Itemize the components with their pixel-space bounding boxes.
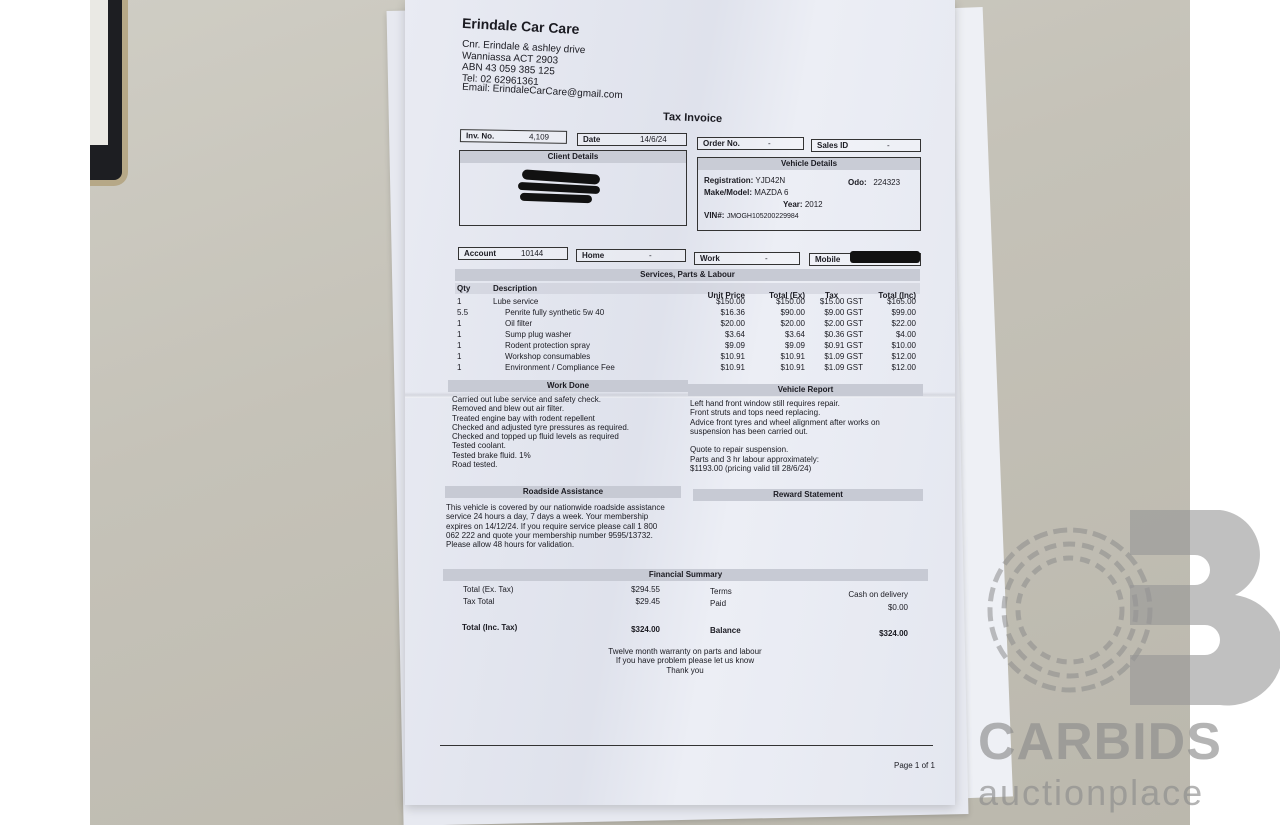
watermark-tagline: auctionplace <box>978 772 1204 814</box>
cell-total-ex: $10.91 <box>749 362 805 373</box>
footer-divider <box>440 745 933 746</box>
roadside-text: This vehicle is covered by our nationwid… <box>446 503 665 549</box>
registration-value: YJD42N <box>755 176 785 185</box>
work-done-list: Carried out lube service and safety chec… <box>452 395 629 469</box>
cell-total-ex: $10.91 <box>749 351 805 362</box>
balance-value: $324.00 <box>840 629 908 638</box>
vehicle-details-title: Vehicle Details <box>698 158 920 170</box>
total-ex-label: Total (Ex. Tax) <box>463 585 514 594</box>
cell-total-ex: $20.00 <box>749 318 805 329</box>
total-inc-value: $324.00 <box>600 625 660 634</box>
terms-label: Terms <box>710 587 732 596</box>
cell-description: Lube service <box>493 296 538 307</box>
work-done-line: Treated engine bay with rodent repellent <box>452 414 629 423</box>
work-done-line: Tested coolant. <box>452 441 629 450</box>
services-title: Services, Parts & Labour <box>455 269 920 281</box>
cell-qty: 1 <box>457 340 461 351</box>
vehicle-report-line: $1193.00 (pricing valid till 28/6/24) <box>690 464 880 473</box>
work-done-line: Checked and topped up fluid levels as re… <box>452 432 629 441</box>
vin-label: VIN#: <box>704 211 724 220</box>
order-number-field: Order No. - <box>697 137 804 150</box>
cell-total-ex: $150.00 <box>749 296 805 307</box>
service-row: 1Oil filter$20.00$20.00$2.00 GST$22.00 <box>455 318 920 329</box>
roadside-line: 062 222 and quote your membership number… <box>446 531 665 540</box>
reward-statement-title: Reward Statement <box>693 489 923 501</box>
roadside-line: expires on 14/12/24. If you require serv… <box>446 522 665 531</box>
service-row: 1Lube service$150.00$150.00$15.00 GST$16… <box>455 296 920 307</box>
footer-line: Thank you <box>590 666 780 675</box>
service-row: 1Workshop consumables$10.91$10.91$1.09 G… <box>455 351 920 362</box>
paid-value: $0.00 <box>840 603 908 612</box>
date-value: 14/6/24 <box>640 134 667 145</box>
cell-description: Environment / Compliance Fee <box>505 362 615 373</box>
account-value: 10144 <box>521 248 543 259</box>
cell-tax: $0.91 GST <box>813 340 863 351</box>
cell-total-inc: $165.00 <box>860 296 916 307</box>
vehicle-report-line <box>690 436 880 445</box>
vehicle-report-title: Vehicle Report <box>688 384 923 396</box>
cell-description: Penrite fully synthetic 5w 40 <box>505 307 604 318</box>
sales-id-label: Sales ID <box>817 140 848 151</box>
make-model-value: MAZDA 6 <box>754 188 788 197</box>
vehicle-report-line: suspension has been carried out. <box>690 427 880 436</box>
cell-unit-price: $20.00 <box>695 318 745 329</box>
footer-line: If you have problem please let us know <box>590 656 780 665</box>
work-done-title: Work Done <box>448 380 688 392</box>
roadside-title: Roadside Assistance <box>445 486 681 498</box>
cell-qty: 1 <box>457 296 461 307</box>
mobile-redaction <box>850 251 920 263</box>
cell-unit-price: $10.91 <box>695 362 745 373</box>
financial-summary-title: Financial Summary <box>443 569 928 581</box>
roadside-line: Please allow 48 hours for validation. <box>446 540 665 549</box>
balance-label: Balance <box>710 626 741 635</box>
cell-total-ex: $3.64 <box>749 329 805 340</box>
cell-unit-price: $3.64 <box>695 329 745 340</box>
cell-total-ex: $90.00 <box>749 307 805 318</box>
col-description: Description <box>493 283 537 294</box>
footer-message: Twelve month warranty on parts and labou… <box>590 647 780 675</box>
cell-total-inc: $12.00 <box>860 351 916 362</box>
year-value: 2012 <box>805 200 823 209</box>
home-phone-value: - <box>649 250 652 261</box>
cell-qty: 1 <box>457 362 461 373</box>
work-done-line: Removed and blew out air filter. <box>452 404 629 413</box>
roadside-line: This vehicle is covered by our nationwid… <box>446 503 665 512</box>
cell-qty: 1 <box>457 318 461 329</box>
cell-tax: $15.00 GST <box>813 296 863 307</box>
cell-qty: 1 <box>457 329 461 340</box>
work-phone-label: Work <box>700 253 720 264</box>
watermark-brand: CARBIDS <box>978 712 1222 772</box>
terms-value: Cash on delivery <box>820 590 908 599</box>
page-number: Page 1 of 1 <box>894 761 935 770</box>
cell-description: Oil filter <box>505 318 532 329</box>
date-label: Date <box>583 134 600 145</box>
service-row: 1Rodent protection spray$9.09$9.09$0.91 … <box>455 340 920 351</box>
tax-total-label: Tax Total <box>463 597 494 606</box>
invoice-number-field: Inv. No. 4,109 <box>460 129 567 144</box>
paid-label: Paid <box>710 599 726 608</box>
services-table: Qty Description Unit Price Total (Ex) Ta… <box>455 283 920 383</box>
cell-total-ex: $9.09 <box>749 340 805 351</box>
cell-unit-price: $9.09 <box>695 340 745 351</box>
cell-qty: 5.5 <box>457 307 468 318</box>
order-number-label: Order No. <box>703 138 740 149</box>
date-field: Date 14/6/24 <box>577 133 687 146</box>
cell-description: Rodent protection spray <box>505 340 590 351</box>
service-row: 1Environment / Compliance Fee$10.91$10.9… <box>455 362 920 373</box>
cell-description: Sump plug washer <box>505 329 571 340</box>
footer-line: Twelve month warranty on parts and labou… <box>590 647 780 656</box>
vehicle-report-line: Front struts and tops need replacing. <box>690 408 880 417</box>
roadside-line: service 24 hours a day, 7 days a week. Y… <box>446 512 665 521</box>
cell-unit-price: $10.91 <box>695 351 745 362</box>
vehicle-report-list: Left hand front window still requires re… <box>690 399 880 473</box>
vehicle-report-line: Advice front tyres and wheel alignment a… <box>690 418 880 427</box>
make-model-label: Make/Model: <box>704 188 752 197</box>
cell-tax: $9.00 GST <box>813 307 863 318</box>
account-label: Account <box>464 248 496 259</box>
odo-label: Odo: <box>848 178 867 187</box>
total-inc-label: Total (Inc. Tax) <box>462 623 517 632</box>
cell-total-inc: $12.00 <box>860 362 916 373</box>
vehicle-report-line: Parts and 3 hr labour approximately: <box>690 455 880 464</box>
invoice-number-value: 4,109 <box>529 131 549 142</box>
tax-total-value: $29.45 <box>600 597 660 606</box>
sales-id-value: - <box>887 140 890 151</box>
invoice-number-label: Inv. No. <box>466 130 494 141</box>
sales-id-field: Sales ID - <box>811 139 921 152</box>
work-phone-field: Work - <box>694 252 800 265</box>
service-row: 5.5Penrite fully synthetic 5w 40$16.36$9… <box>455 307 920 318</box>
order-number-value: - <box>768 138 771 149</box>
odo-value: 224323 <box>873 178 900 187</box>
work-done-line: Checked and adjusted tyre pressures as r… <box>452 423 629 432</box>
service-row: 1Sump plug washer$3.64$3.64$0.36 GST$4.0… <box>455 329 920 340</box>
home-phone-label: Home <box>582 250 604 261</box>
work-done-line: Road tested. <box>452 460 629 469</box>
document-title: Tax Invoice <box>663 111 722 125</box>
cell-tax: $1.09 GST <box>813 351 863 362</box>
cell-unit-price: $150.00 <box>695 296 745 307</box>
cell-tax: $0.36 GST <box>813 329 863 340</box>
cell-description: Workshop consumables <box>505 351 590 362</box>
phone-device <box>90 0 128 186</box>
work-done-line: Tested brake fluid. 1% <box>452 451 629 460</box>
cell-total-inc: $99.00 <box>860 307 916 318</box>
cell-tax: $1.09 GST <box>813 362 863 373</box>
work-phone-value: - <box>765 253 768 264</box>
client-details-title: Client Details <box>460 151 686 163</box>
vin-value: JMOGH105200229984 <box>727 213 799 220</box>
vehicle-report-line: Quote to repair suspension. <box>690 445 880 454</box>
account-field: Account 10144 <box>458 247 568 260</box>
cell-tax: $2.00 GST <box>813 318 863 329</box>
cell-total-inc: $22.00 <box>860 318 916 329</box>
cell-unit-price: $16.36 <box>695 307 745 318</box>
cell-qty: 1 <box>457 351 461 362</box>
year-label: Year: <box>783 200 803 209</box>
col-qty: Qty <box>457 283 470 294</box>
cell-total-inc: $10.00 <box>860 340 916 351</box>
total-ex-value: $294.55 <box>600 585 660 594</box>
home-phone-field: Home - <box>576 249 686 262</box>
work-done-line: Carried out lube service and safety chec… <box>452 395 629 404</box>
vehicle-report-line: Left hand front window still requires re… <box>690 399 880 408</box>
registration-label: Registration: <box>704 176 753 185</box>
phone-screen <box>90 0 108 145</box>
cell-total-inc: $4.00 <box>860 329 916 340</box>
mobile-phone-label: Mobile <box>815 254 840 265</box>
